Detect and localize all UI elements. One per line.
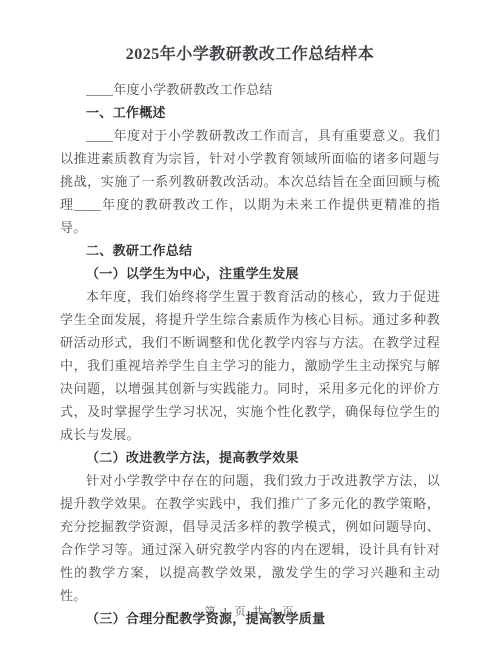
section-2-subsection-1-heading: （一）以学生为中心，注重学生发展 bbox=[60, 262, 440, 285]
section-2-subsection-1-paragraph: 本年度，我们始终将学生置于教育活动的核心，致力于促进学生全面发展，将提升学生综合… bbox=[60, 285, 440, 446]
document-title: 2025年小学教研教改工作总结样本 bbox=[60, 42, 440, 68]
document-subtitle: ____年度小学教研教改工作总结 bbox=[60, 78, 440, 101]
document-page: 2025年小学教研教改工作总结样本 ____年度小学教研教改工作总结 一、工作概… bbox=[0, 0, 500, 647]
section-2-heading: 二、教研工作总结 bbox=[60, 239, 440, 262]
section-2-subsection-2-paragraph: 针对小学教学中存在的问题，我们致力于改进教学方法，以提升教学效果。在教学实践中，… bbox=[60, 469, 440, 607]
page-footer: 第 1 页 共 8 页 bbox=[0, 605, 500, 619]
section-1-heading: 一、工作概述 bbox=[60, 101, 440, 124]
section-2-subsection-2-heading: （二）改进教学方法，提高教学效果 bbox=[60, 446, 440, 469]
section-1-paragraph: ____年度对于小学教研教改工作而言，具有重要意义。我们以推进素质教育为宗旨，针… bbox=[60, 124, 440, 239]
page-number-indicator: 第 1 页 共 8 页 bbox=[205, 606, 296, 618]
